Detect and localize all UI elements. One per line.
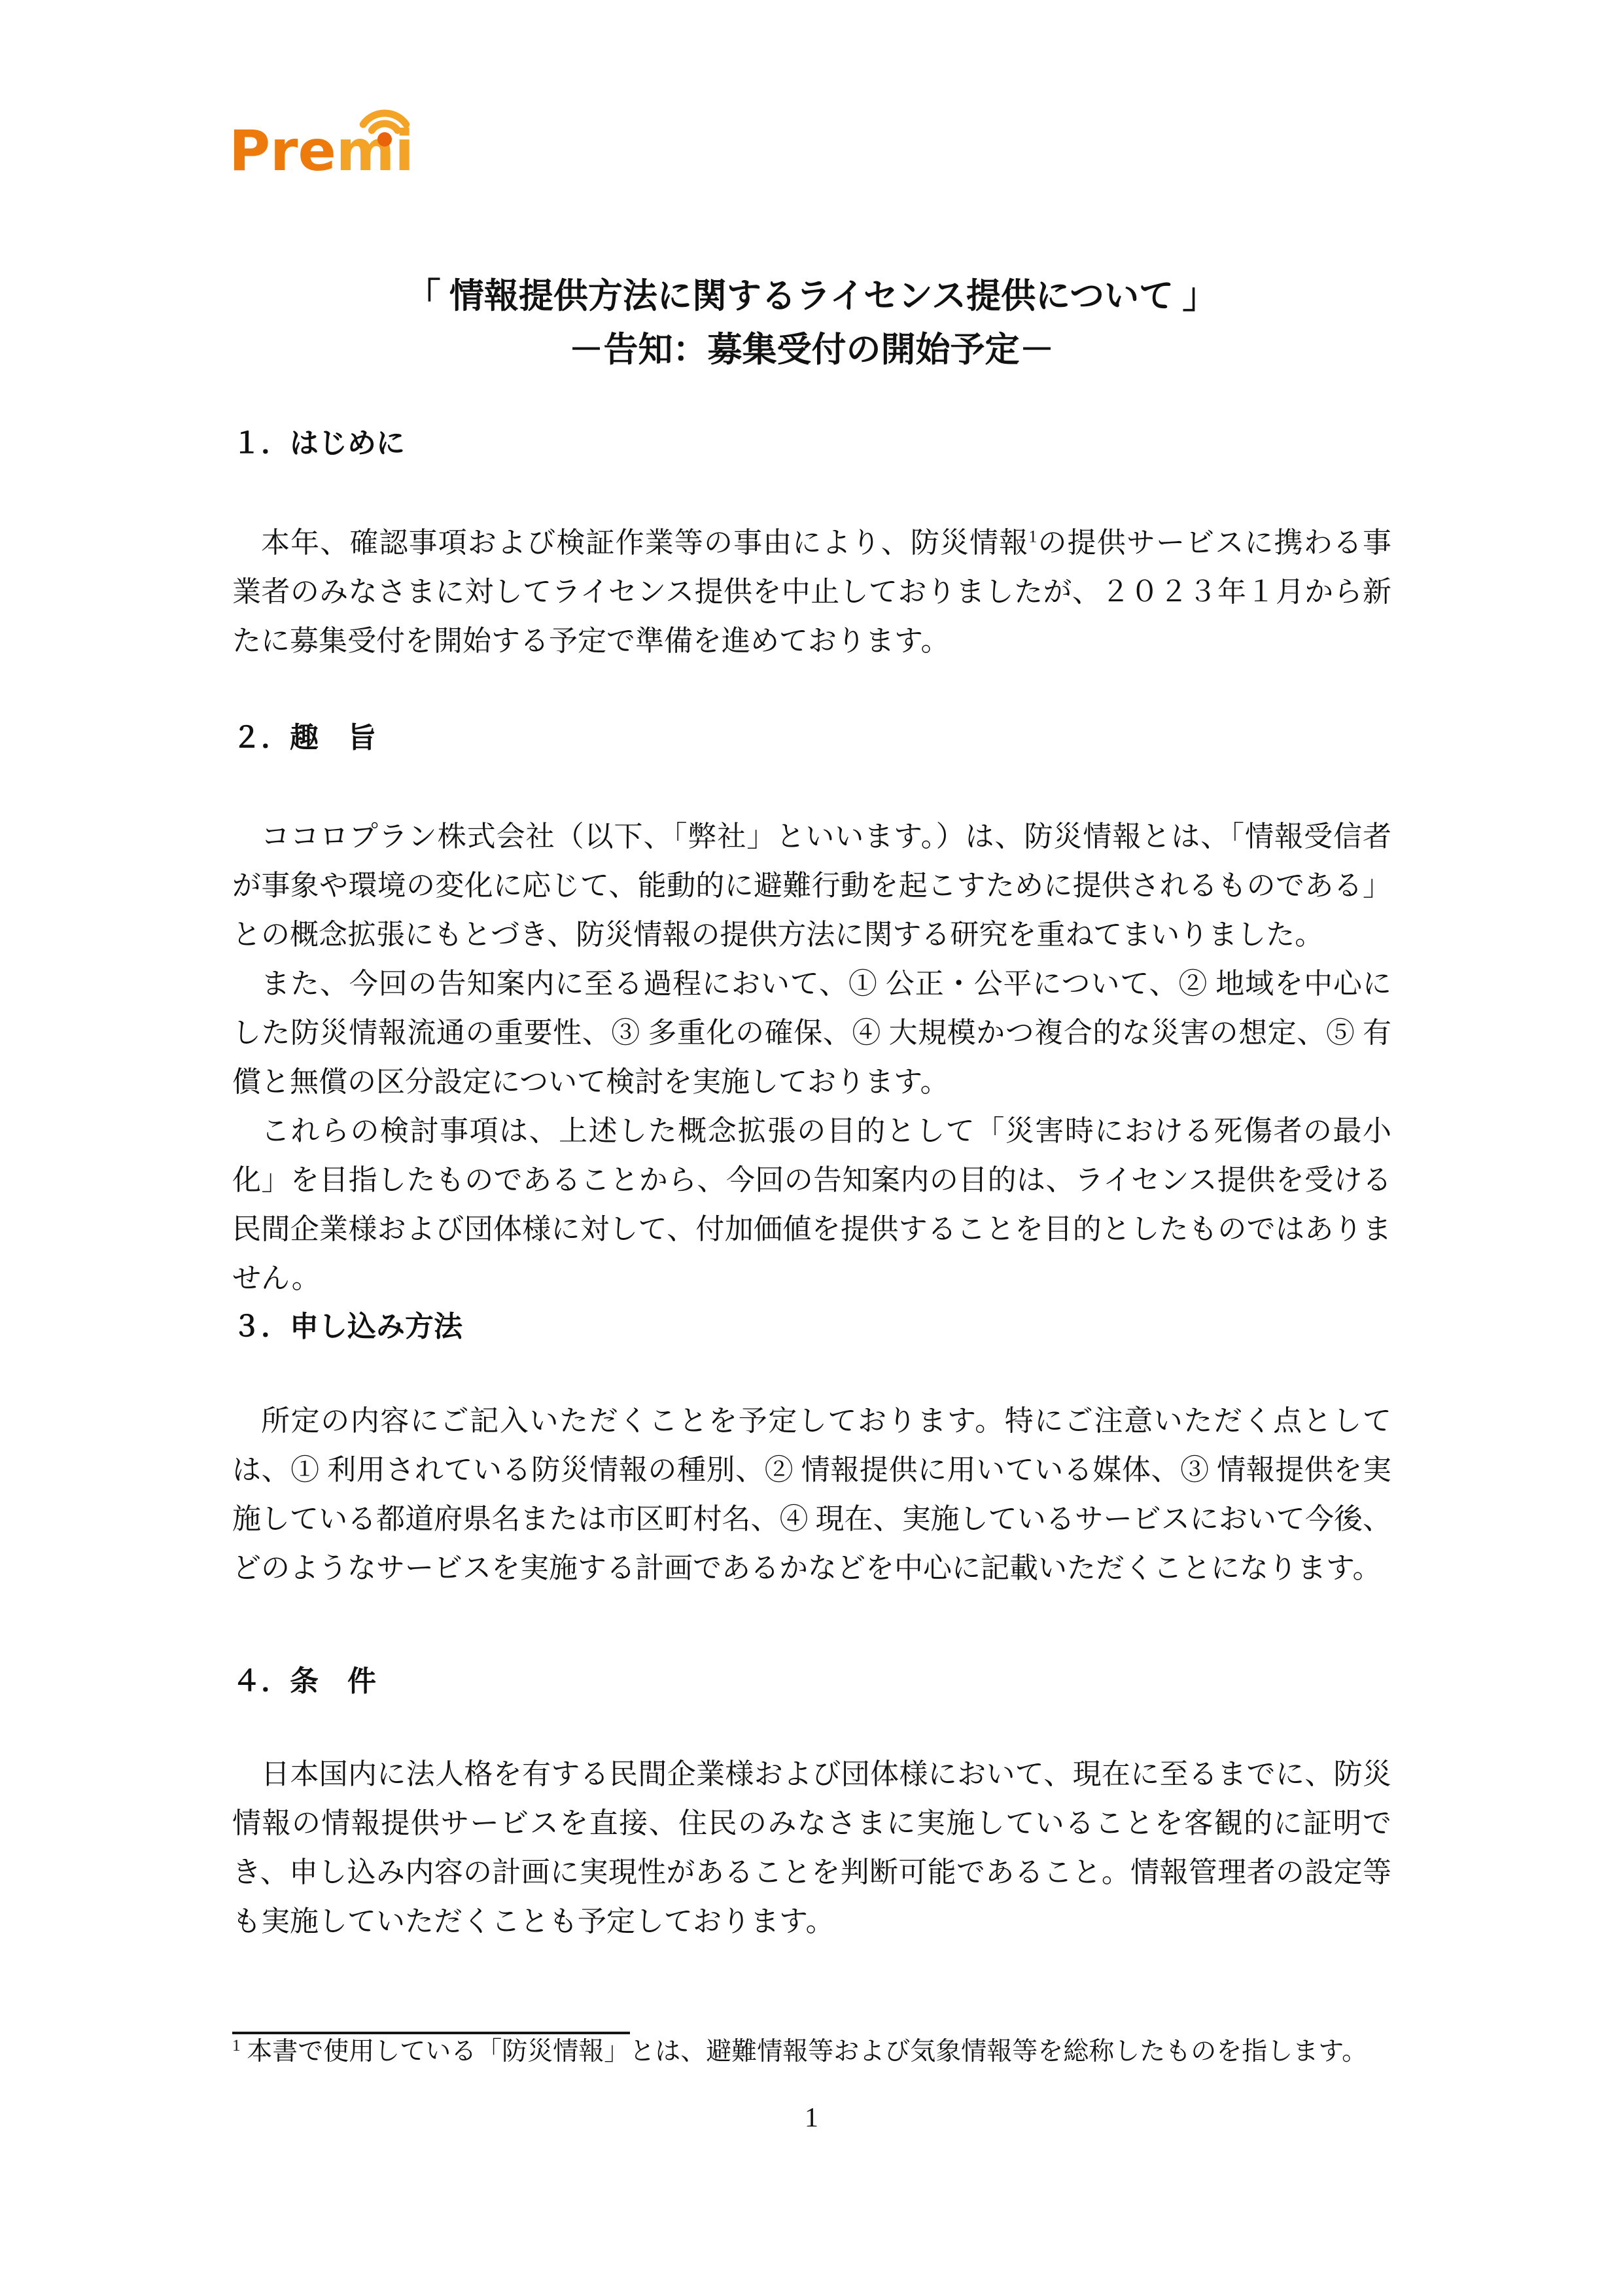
section-1-paragraph: 本年、確認事項および検証作業等の事由により、防災情報1の提供サービスに携わる事業… [232, 518, 1391, 665]
section-2-body: ココロプラン株式会社（以下、「弊社」といいます。）は、防災情報とは、「情報受信者… [232, 812, 1391, 1303]
section-2-paragraph-3: これらの検討事項は、上述した概念拡張の目的として「災害時における死傷者の最小化」… [232, 1106, 1391, 1303]
section-4-text-before: 日本国内に法人格を有する民間企業様および団体様において、現在に至るまでに、 [261, 1758, 1334, 1790]
section-3-paragraph: 所定の内容にご記入いただくことを予定しております。特にご注意いただく点としては、… [232, 1396, 1391, 1593]
section-3-body: 所定の内容にご記入いただくことを予定しております。特にご注意いただく点としては、… [232, 1396, 1391, 1593]
section-4-heading: ４．条 件 [232, 1662, 1391, 1701]
logo: Premi [229, 98, 438, 196]
wifi-signal-icon [358, 101, 411, 154]
page-number: 1 [0, 2102, 1623, 2134]
section-2-heading: ２．趣 旨 [232, 718, 1391, 758]
section-4-body: 日本国内に法人格を有する民間企業様および団体様において、現在に至るまでに、防災情… [232, 1750, 1391, 1946]
logo-part-pre: Pre [229, 118, 336, 184]
section-1-text-before: 本年、確認事項および検証作業等の事由により、防災情報 [261, 527, 1028, 559]
document-title: 「 情報提供方法に関するライセンス提供について 」 －告知：募集受付の開始予定－ [0, 270, 1623, 377]
title-line-1: 「 情報提供方法に関するライセンス提供について 」 [0, 270, 1623, 323]
section-4-paragraph: 日本国内に法人格を有する民間企業様および団体様において、現在に至るまでに、防災情… [232, 1750, 1391, 1946]
section-1-body: 本年、確認事項および検証作業等の事由により、防災情報1の提供サービスに携わる事業… [232, 518, 1391, 665]
footnote-marker: 1 [232, 2037, 241, 2055]
title-line-2: －告知：募集受付の開始予定－ [0, 323, 1623, 377]
section-2-paragraph-1: ココロプラン株式会社（以下、「弊社」といいます。）は、防災情報とは、「情報受信者… [232, 812, 1391, 959]
section-2-paragraph-2: また、今回の告知案内に至る過程において、① 公正・公平について、② 地域を中心に… [232, 959, 1391, 1106]
footnote-reference: 1 [1028, 527, 1037, 546]
footnote-text: 本書で使用している「防災情報」とは、避難情報等および気象情報等を総称したものを指… [247, 2038, 1367, 2066]
footnote: 1 本書で使用している「防災情報」とは、避難情報等および気象情報等を総称したもの… [232, 2034, 1391, 2070]
section-3-heading: ３．申し込み方法 [232, 1307, 1391, 1347]
document-page: Premi 「 情報提供方法に関するライセンス提供について 」 －告知：募集受付… [0, 0, 1623, 2296]
section-1-heading: １．はじめに [232, 424, 1391, 463]
